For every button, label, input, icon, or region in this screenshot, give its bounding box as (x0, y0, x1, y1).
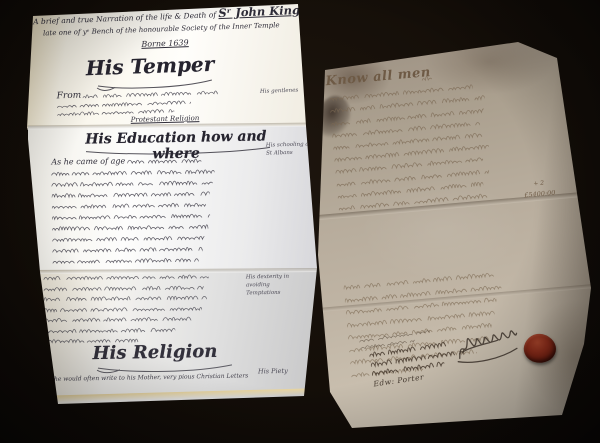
education-paragraph: As he came of age (51, 155, 267, 268)
photo-of-manuscripts: A brief and true Narration of the life &… (0, 0, 600, 443)
deed-body-upper (328, 63, 551, 215)
born-line: Borne 1639 (95, 37, 235, 51)
illegible-script-lines (328, 63, 551, 215)
religion-closing-line: — he would often write to his Mother, ve… (46, 372, 271, 383)
illegible-script-lines (44, 271, 271, 347)
margin-note-temper: His gentlenes (260, 87, 312, 97)
left-middle-fold-panel: His Education how and where His schoolin… (28, 126, 320, 272)
title-name: Sʳ John King Knight (218, 1, 349, 20)
left-top-fold-panel: A brief and true Narration of the life &… (25, 2, 309, 128)
margin-amount: £5400:00 (524, 189, 556, 200)
paragraph-opening-words: As he came of age (51, 156, 125, 166)
illegible-script-lines (51, 155, 267, 268)
education-paragraph-continued (44, 271, 271, 347)
paragraph-opening-words: From (57, 91, 82, 102)
section-heading-religion: His Religion (65, 340, 245, 364)
section-heading-temper: His Temper (65, 51, 236, 81)
margin-note-dexterity: His dexterity in avoiding Temptations (246, 274, 298, 299)
margin-note-piety: His Piety (258, 367, 302, 377)
left-bottom-fold-panel: His dexterity in avoiding Temptations Hi… (30, 270, 320, 404)
margin-note-schooling: His schooling at St Albans (266, 141, 314, 158)
margin-mark: + 2 (533, 180, 544, 188)
